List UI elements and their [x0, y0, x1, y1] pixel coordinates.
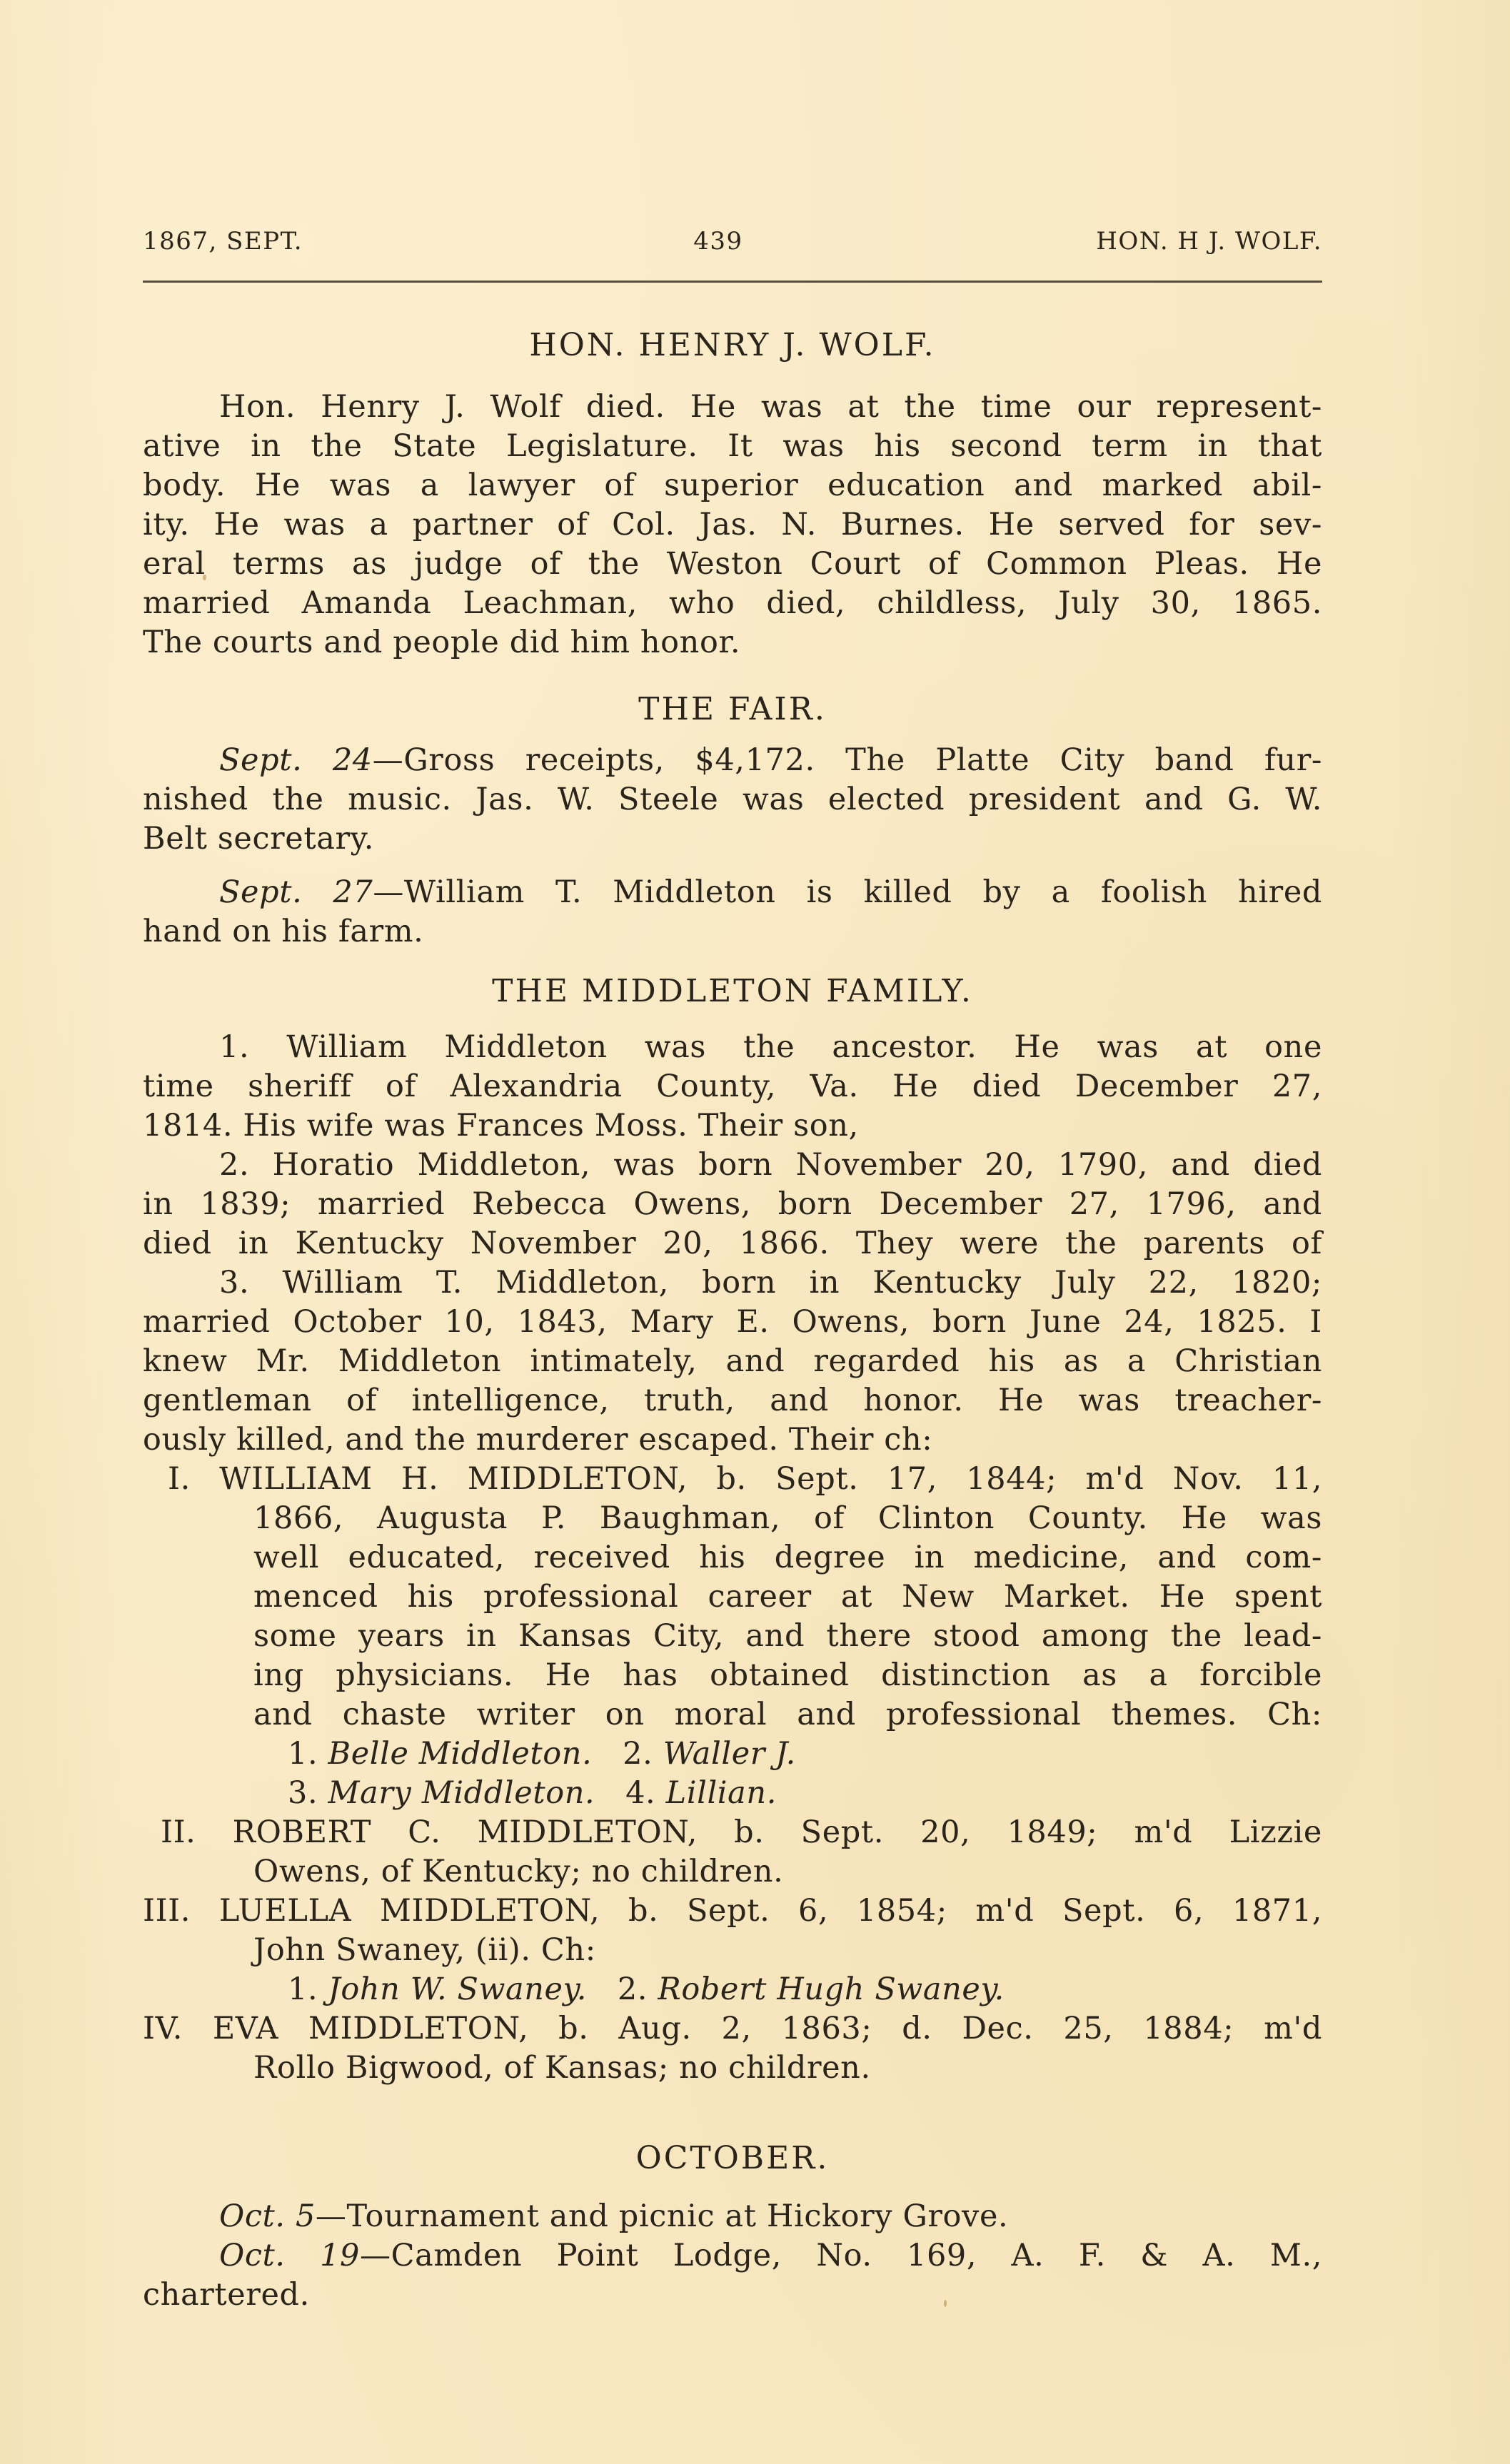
paragraph-line: Belt secretary. [143, 819, 1322, 859]
paper-speck [203, 575, 206, 580]
paragraph-line: married Amanda Leachman, who died, child… [143, 584, 1322, 623]
paper-speck [944, 2300, 947, 2307]
paragraph-line: body. He was a lawyer of superior educat… [143, 466, 1322, 505]
paragraph-line: married October 10, 1843, Mary E. Owens,… [143, 1303, 1322, 1342]
paragraph-line: well educated, received his degree in me… [253, 1538, 1322, 1577]
paragraph-line: Hon. Henry J. Wolf died. He was at the t… [219, 388, 1322, 427]
paragraph-line: The courts and people did him honor. [143, 623, 1322, 662]
child-numeral: II. [161, 1814, 196, 1850]
entry-text: —Gross receipts, $4,172. The Platte City… [373, 742, 1322, 778]
paragraph-line: menced his professional career at New Ma… [253, 1577, 1322, 1617]
paragraph-line: 2. Horatio Middleton, was born November … [219, 1146, 1322, 1185]
entry-date: Oct. 5 [219, 2198, 316, 2234]
entry-text: —Tournament and picnic at Hickory Grove. [316, 2198, 1008, 2234]
grandchild-name: Robert Hugh Swaney. [658, 1971, 1005, 2007]
section-title-wolf: HON. HENRY J. WOLF. [143, 327, 1322, 363]
entry-date: Sept. 27 [219, 874, 373, 910]
entry-text: —Camden Point Lodge, No. 169, A. F. & A.… [360, 2238, 1322, 2273]
grandchild-number: 1. [288, 1971, 318, 2007]
paragraph-line: ity. He was a partner of Col. Jas. N. Bu… [143, 505, 1322, 545]
entry-date: Oct. 19 [219, 2238, 360, 2273]
grandchild-name: Mary Middleton. [328, 1775, 595, 1811]
paragraph-line: hand on his farm. [143, 912, 1322, 951]
child-text: WILLIAM H. MIDDLETON, b. Sept. 17, 1844;… [219, 1461, 1322, 1497]
fair-entry-sept-24: Sept. 24—Gross receipts, $4,172. The Pla… [219, 741, 1322, 780]
paragraph-line: ously killed, and the murderer escaped. … [143, 1420, 1322, 1460]
paragraph-line: 1814. His wife was Frances Moss. Their s… [143, 1106, 1322, 1146]
section-title-fair: THE FAIR. [143, 691, 1322, 727]
fair-entry-sept-27: Sept. 27—William T. Middleton is killed … [219, 873, 1322, 912]
grandchild-number: 2. [618, 1971, 648, 2007]
grandchild-name: Belle Middleton. [328, 1736, 593, 1772]
paragraph-line: nished the music. Jas. W. Steele was ele… [143, 780, 1322, 819]
child-entry-4: IV. EVA MIDDLETON, b. Aug. 2, 1863; d. D… [143, 2009, 1322, 2049]
paragraph-line: John Swaney, (ii). Ch: [253, 1931, 1322, 1970]
child-numeral: III. [143, 1893, 191, 1929]
paragraph-line: ing physicians. He has obtained distinct… [253, 1656, 1322, 1695]
paragraph-line: time sheriff of Alexandria County, Va. H… [143, 1067, 1322, 1106]
section-title-october: OCTOBER. [143, 2140, 1322, 2176]
grandchildren-line: 1. Belle Middleton. 2. Waller J. [288, 1735, 1322, 1774]
paragraph-line: some years in Kansas City, and there sto… [253, 1617, 1322, 1656]
section-title-middleton: THE MIDDLETON FAMILY. [143, 973, 1322, 1009]
child-numeral: IV. [143, 2011, 183, 2046]
grandchild-number: 2. [623, 1736, 653, 1772]
paragraph-line: died in Kentucky November 20, 1866. They… [143, 1224, 1322, 1263]
paragraph-line: 1. William Middleton was the ancestor. H… [219, 1028, 1322, 1067]
child-entry-1: I. WILLIAM H. MIDDLETON, b. Sept. 17, 18… [168, 1460, 1322, 1499]
grandchild-number: 3. [288, 1775, 318, 1811]
paragraph-line: Owens, of Kentucky; no children. [253, 1852, 1322, 1892]
paragraph-line: Rollo Bigwood, of Kansas; no children. [253, 2049, 1322, 2088]
child-text: LUELLA MIDDLETON, b. Sept. 6, 1854; m'd … [219, 1893, 1322, 1929]
paragraph-line: 1866, Augusta P. Baughman, of Clinton Co… [253, 1499, 1322, 1538]
child-text: EVA MIDDLETON, b. Aug. 2, 1863; d. Dec. … [213, 2011, 1322, 2046]
header-rule [143, 281, 1322, 283]
grandchild-name: Lillian. [666, 1775, 777, 1811]
entry-text: —William T. Middleton is killed by a foo… [373, 874, 1322, 910]
running-head: 1867, SEPT. 439 HON. H J. WOLF. [143, 227, 1322, 263]
child-text: ROBERT C. MIDDLETON, b. Sept. 20, 1849; … [233, 1814, 1322, 1850]
running-head-subject: HON. H J. WOLF. [1096, 227, 1322, 256]
grandchild-number: 4. [625, 1775, 655, 1811]
grandchild-number: 1. [288, 1736, 318, 1772]
paragraph-line: in 1839; married Rebecca Owens, born Dec… [143, 1185, 1322, 1224]
october-entry-5: Oct. 5—Tournament and picnic at Hickory … [219, 2197, 1322, 2236]
child-entry-3: III. LUELLA MIDDLETON, b. Sept. 6, 1854;… [143, 1892, 1322, 1931]
grandchild-name: John W. Swaney. [328, 1971, 588, 2007]
grandchildren-line: 1. John W. Swaney. 2. Robert Hugh Swaney… [288, 1970, 1322, 2009]
paragraph-line: ative in the State Legislature. It was h… [143, 427, 1322, 466]
child-numeral: I. [168, 1461, 191, 1497]
child-entry-2: II. ROBERT C. MIDDLETON, b. Sept. 20, 18… [161, 1813, 1322, 1852]
paragraph-line: and chaste writer on moral and professio… [253, 1695, 1322, 1735]
paragraph-line: gentleman of intelligence, truth, and ho… [143, 1381, 1322, 1420]
entry-date: Sept. 24 [219, 742, 373, 778]
grandchild-name: Waller J. [663, 1736, 796, 1772]
grandchildren-line: 3. Mary Middleton. 4. Lillian. [288, 1774, 1322, 1813]
paragraph-line: knew Mr. Middleton intimately, and regar… [143, 1342, 1322, 1381]
paragraph-line: eral terms as judge of the Weston Court … [143, 545, 1322, 584]
october-entry-19: Oct. 19—Camden Point Lodge, No. 169, A. … [219, 2236, 1322, 2276]
paragraph-line: chartered. [143, 2276, 1322, 2315]
paragraph-line: 3. William T. Middleton, born in Kentuck… [219, 1263, 1322, 1303]
